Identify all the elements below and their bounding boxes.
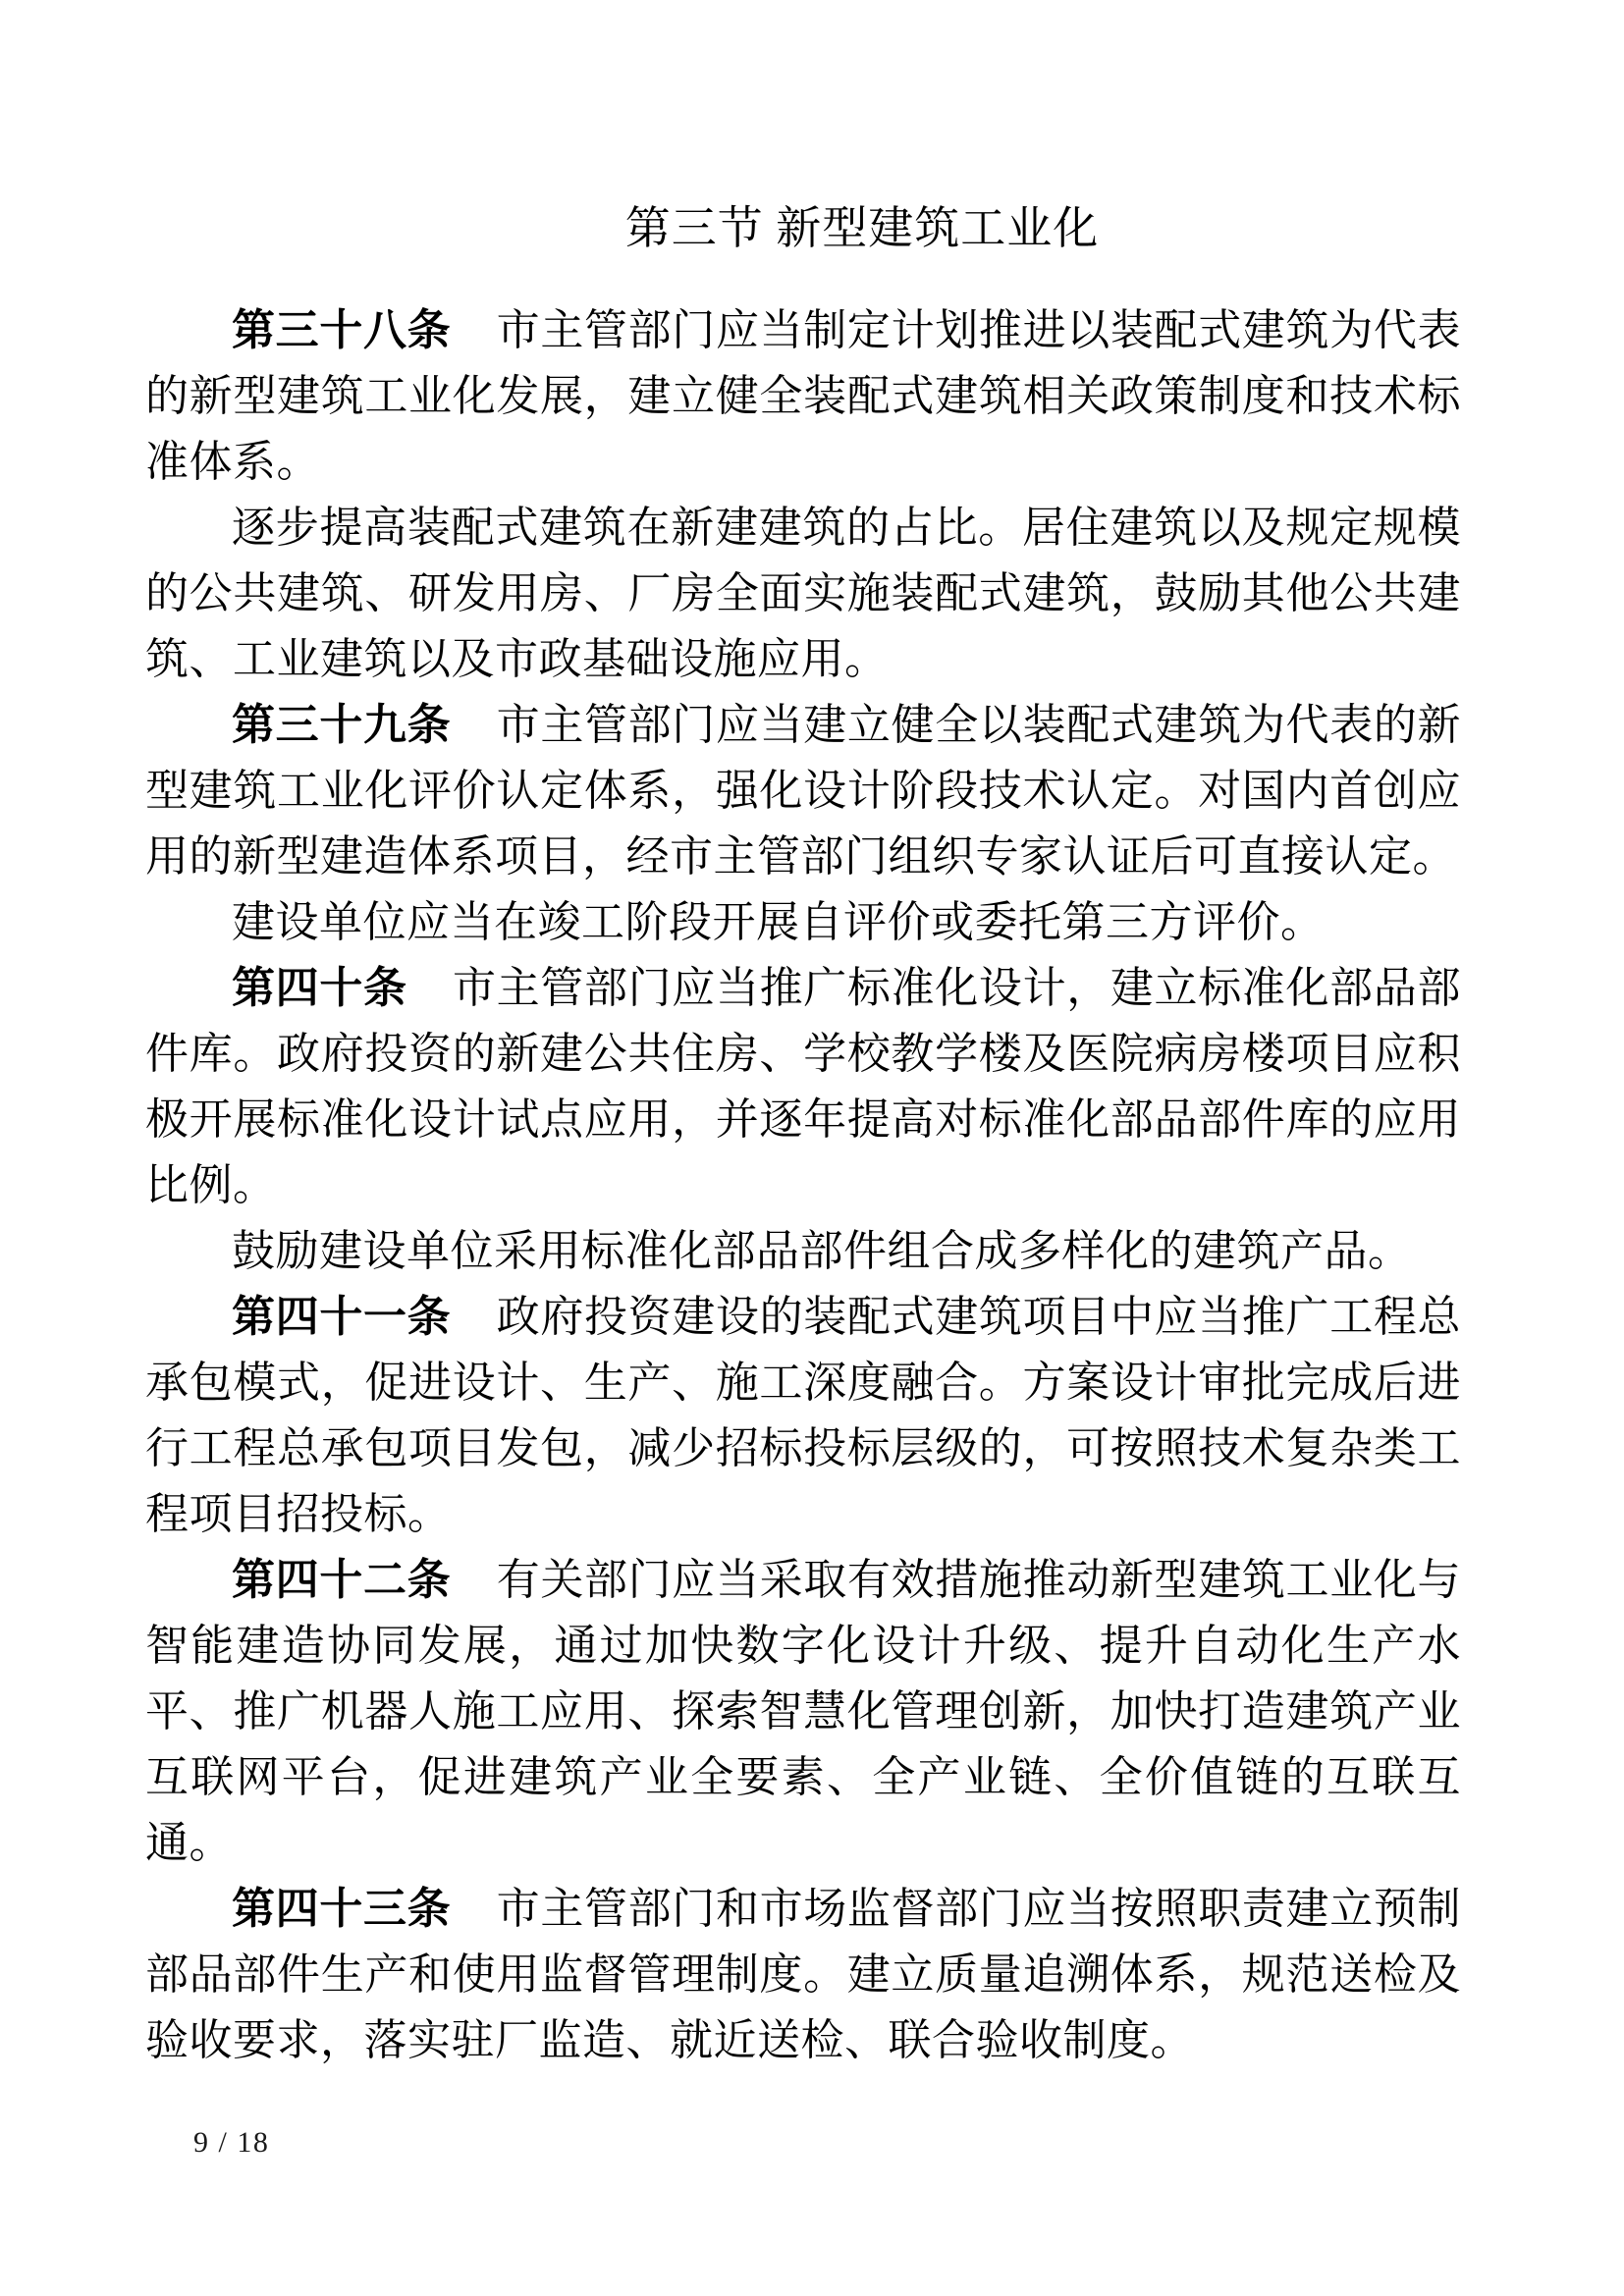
article-paragraph: 鼓励建设单位采用标准化部品部件组合成多样化的建筑产品。	[145, 1218, 1461, 1284]
article-number: 第四十条	[232, 964, 407, 1012]
article-number: 第四十二条	[232, 1556, 451, 1604]
article-paragraph: 第三十八条市主管部门应当制定计划推进以装配式建筑为代表的新型建筑工业化发展，建立…	[145, 297, 1461, 495]
document-page: { "page": { "section_title": "第三节 新型建筑工业…	[0, 0, 1624, 2296]
article-text: 逐步提高装配式建筑在新建建筑的占比。居住建筑以及规定规模的公共建筑、研发用房、厂…	[145, 504, 1461, 683]
article-paragraph: 第四十条市主管部门应当推广标准化设计，建立标准化部品部件库。政府投资的新建公共住…	[145, 955, 1461, 1218]
article-number: 第四十三条	[232, 1885, 451, 1933]
article-text: 建设单位应当在竣工阶段开展自评价或委托第三方评价。	[232, 898, 1325, 946]
article-paragraph: 第三十九条市主管部门应当建立健全以装配式建筑为代表的新型建筑工业化评价认定体系，…	[145, 692, 1461, 889]
article-paragraph: 建设单位应当在竣工阶段开展自评价或委托第三方评价。	[145, 889, 1461, 955]
article-paragraph: 第四十三条市主管部门和市场监督部门应当按照职责建立预制部品部件生产和使用监督管理…	[145, 1876, 1461, 2073]
document-body: 第三节 新型建筑工业化 第三十八条市主管部门应当制定计划推进以装配式建筑为代表的…	[145, 195, 1461, 2073]
article-paragraph: 第四十二条有关部门应当采取有效措施推动新型建筑工业化与智能建造协同发展，通过加快…	[145, 1547, 1461, 1876]
article-number: 第四十一条	[232, 1293, 451, 1341]
article-number: 第三十八条	[232, 306, 451, 354]
article-paragraph: 第四十一条政府投资建设的装配式建筑项目中应当推广工程总承包模式，促进设计、生产、…	[145, 1284, 1461, 1547]
article-text: 鼓励建设单位采用标准化部品部件组合成多样化的建筑产品。	[232, 1227, 1412, 1275]
article-number: 第三十九条	[232, 701, 451, 749]
article-paragraph: 逐步提高装配式建筑在新建建筑的占比。居住建筑以及规定规模的公共建筑、研发用房、厂…	[145, 495, 1461, 692]
section-title: 第三节 新型建筑工业化	[145, 195, 1461, 261]
page-number: 9 / 18	[193, 2126, 269, 2160]
